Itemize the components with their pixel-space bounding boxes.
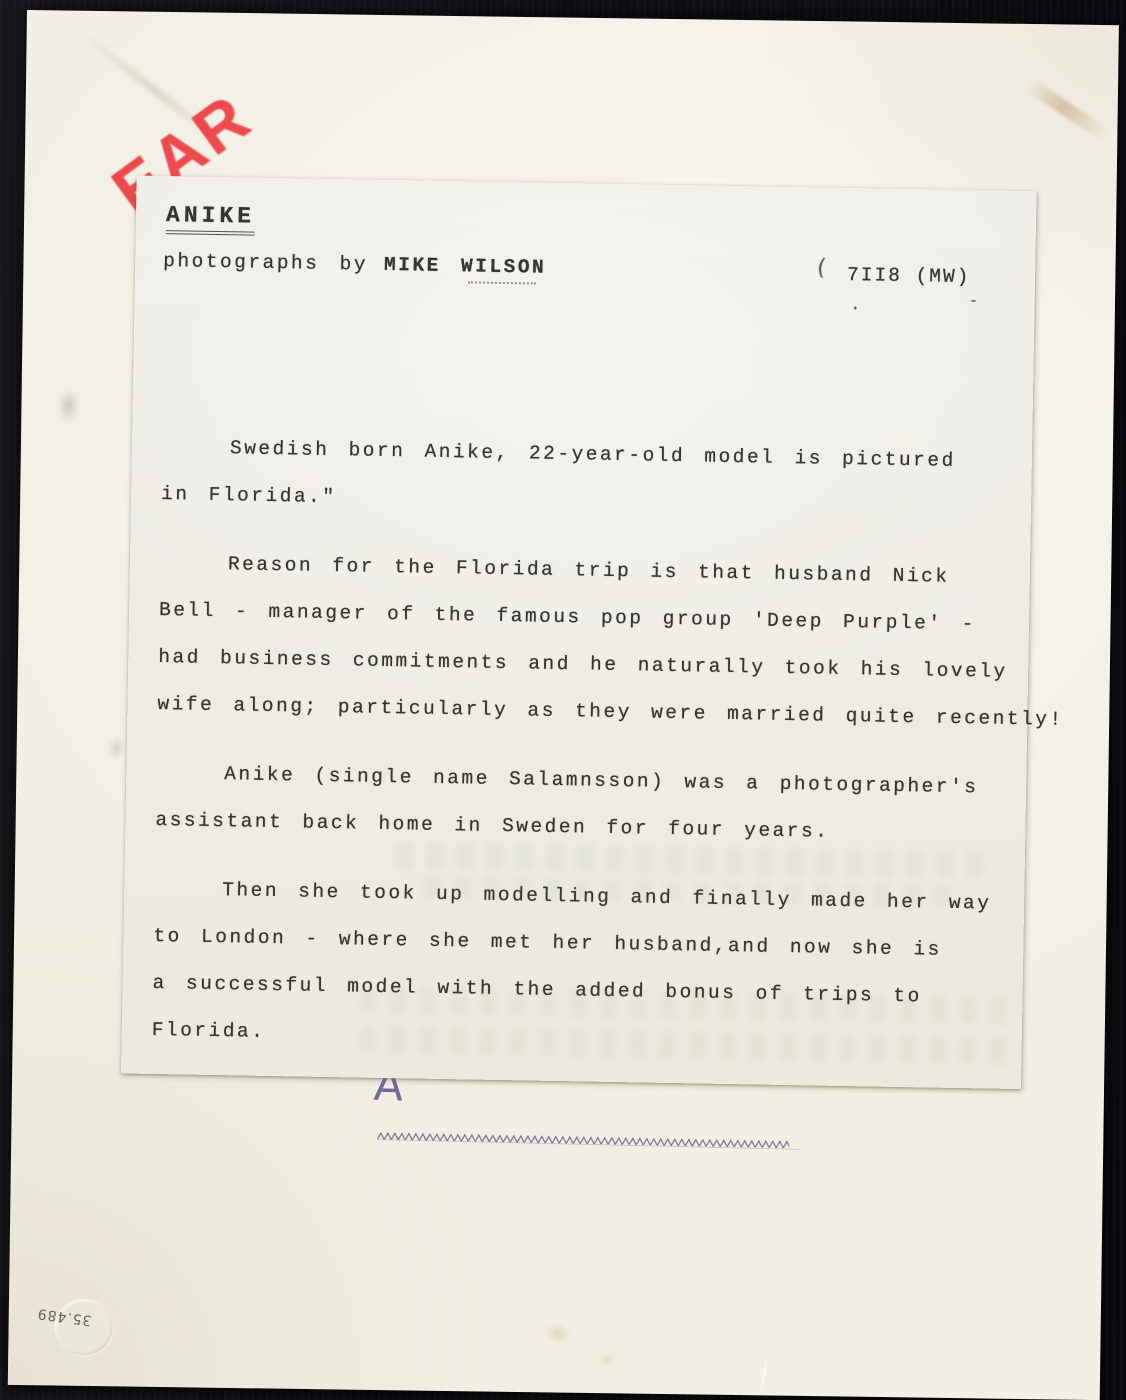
paper-stain <box>598 1352 616 1366</box>
reference-number-text: 7II8 (MW) <box>847 264 971 288</box>
pen-mark-dash: - <box>968 292 980 310</box>
corner-stain <box>1025 78 1109 141</box>
pen-mark-paren: ( <box>816 255 830 281</box>
edge-smudge <box>57 388 79 422</box>
photographer-name: MIKE WILSON <box>384 254 547 279</box>
pen-mark-dot: . <box>850 296 862 314</box>
paper-scratch <box>760 1356 768 1394</box>
byline-prefix: photographs by <box>163 250 368 276</box>
reference-number: ( 7II8 (MW) . - <box>847 264 971 288</box>
paragraph: Swedish born Anike, 22-year-old model is… <box>161 424 1023 533</box>
paragraph: Reason for the Florida trip is that husb… <box>157 540 1020 743</box>
caption-sheet: ANIKE photographs byMIKE WILSON ( 7II8 (… <box>121 176 1037 1090</box>
byline: photographs byMIKE WILSON <box>163 250 546 279</box>
paper-stain <box>544 1323 570 1343</box>
caption-sheet-content: ANIKE photographs byMIKE WILSON ( 7II8 (… <box>121 176 1037 1090</box>
paragraph: Anike (single name Salamnsson) was a pho… <box>155 750 1017 859</box>
scribble-line <box>377 1130 801 1153</box>
photo-backdrop: EAR ANIKE photographs byMIKE WILSON ( 7I… <box>0 0 1126 1400</box>
photo-backing-paper: EAR ANIKE photographs byMIKE WILSON ( 7I… <box>8 10 1119 1400</box>
edge-smudge <box>109 737 125 759</box>
caption-title: ANIKE <box>166 202 256 236</box>
